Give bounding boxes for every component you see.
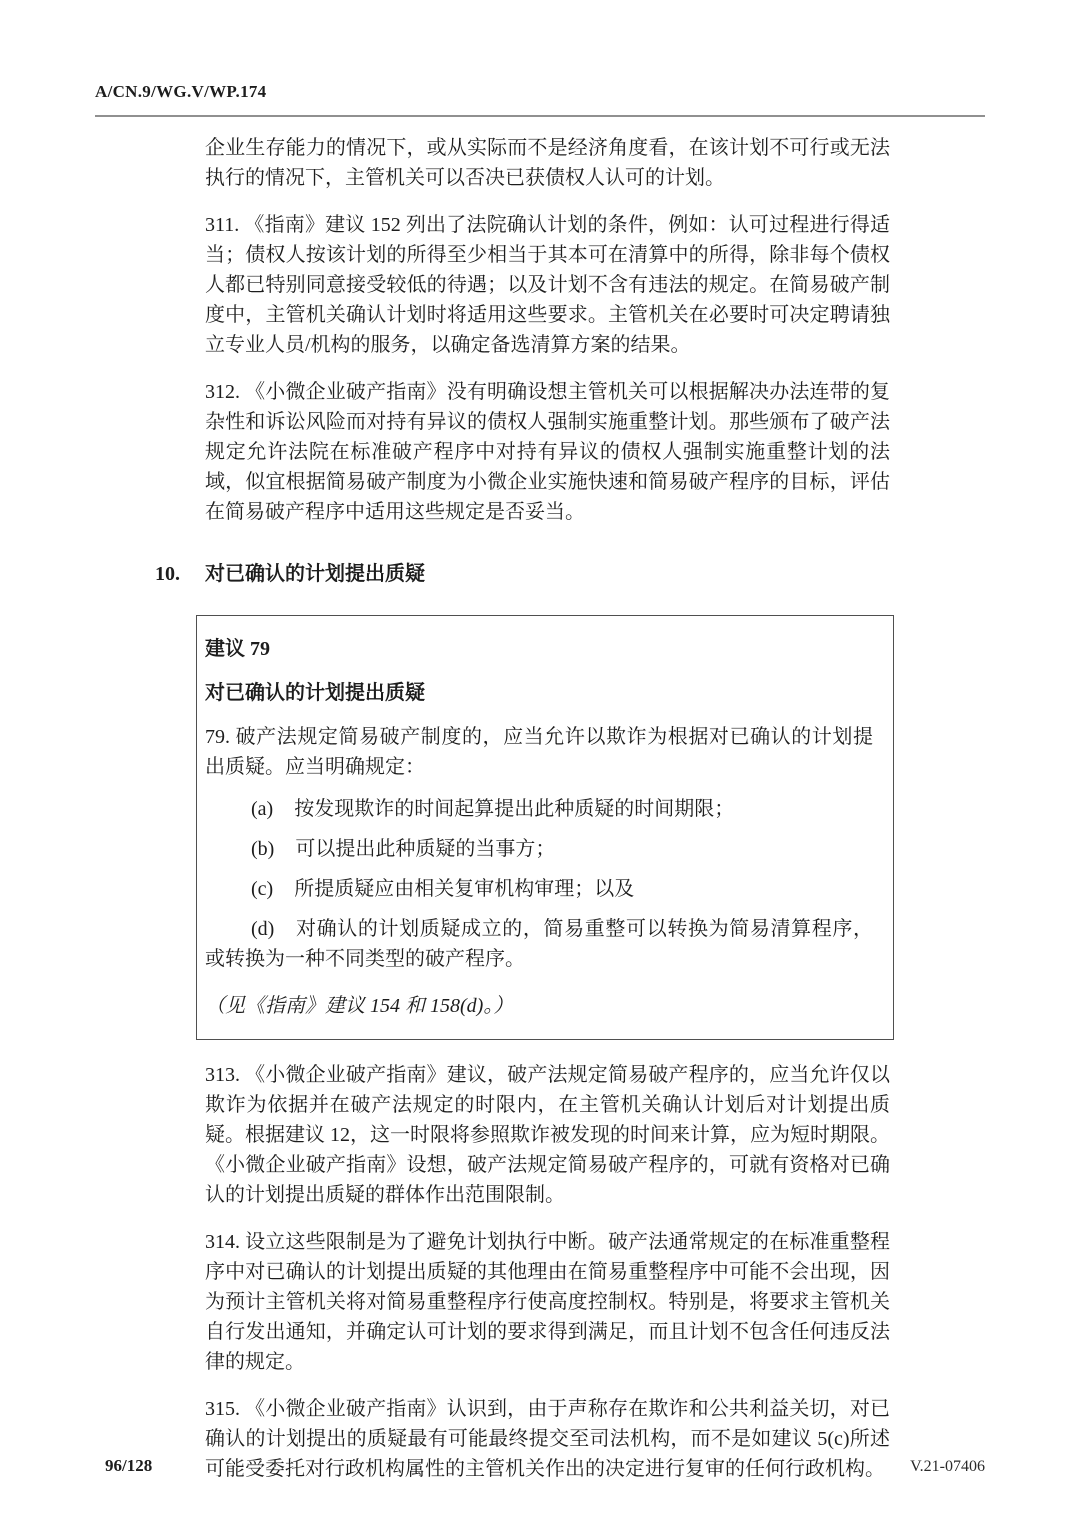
paragraph-continuation: 企业生存能力的情况下，或从实际而不是经济角度看，在该计划不可行或无法执行的情况下… bbox=[205, 133, 890, 193]
header-rule bbox=[95, 115, 985, 117]
paragraph-312: 312. 《小微企业破产指南》没有明确设想主管机关可以根据解决办法连带的复杂性和… bbox=[205, 377, 890, 527]
recommendation-item-b: (b)可以提出此种质疑的当事方； bbox=[205, 834, 873, 864]
page-footer: 96/128 V.21-07406 bbox=[105, 1456, 985, 1476]
paragraph-313: 313. 《小微企业破产指南》建议，破产法规定简易破产程序的，应当允许仅以欺诈为… bbox=[205, 1060, 890, 1210]
page-number: 96/128 bbox=[105, 1456, 152, 1476]
recommendation-item-d: (d)对确认的计划质疑成立的，简易重整可以转换为简易清算程序，或转换为一种不同类… bbox=[205, 914, 873, 974]
item-label-c: (c) bbox=[251, 878, 273, 900]
section-heading: 10.对已确认的计划提出质疑 bbox=[155, 559, 890, 589]
document-code: V.21-07406 bbox=[910, 1458, 985, 1476]
recommendation-paragraph-79: 79. 破产法规定简易破产制度的，应当允许以欺诈为根据对已确认的计划提出质疑。应… bbox=[205, 722, 873, 782]
item-text-c: 所提质疑应由相关复审机构审理；以及 bbox=[294, 878, 634, 900]
item-text-a: 按发现欺诈的时间起算提出此种质疑的时间期限； bbox=[294, 798, 734, 820]
recommendation-item-c: (c)所提质疑应由相关复审机构审理；以及 bbox=[205, 874, 873, 904]
item-label-a: (a) bbox=[251, 798, 273, 820]
recommendation-box-subtitle: 对已确认的计划提出质疑 bbox=[205, 678, 873, 708]
paragraph-311: 311. 《指南》建议 152 列出了法院确认计划的条件，例如：认可过程进行得适… bbox=[205, 210, 890, 360]
recommendation-item-a: (a)按发现欺诈的时间起算提出此种质疑的时间期限； bbox=[205, 794, 873, 824]
item-label-d: (d) bbox=[251, 918, 274, 940]
item-label-b: (b) bbox=[251, 838, 274, 860]
item-text-b: 可以提出此种质疑的当事方； bbox=[295, 838, 555, 860]
item-text-d: 对确认的计划质疑成立的，简易重整可以转换为简易清算程序，或转换为一种不同类型的破… bbox=[205, 918, 873, 970]
document-body: 企业生存能力的情况下，或从实际而不是经济角度看，在该计划不可行或无法执行的情况下… bbox=[205, 133, 890, 1484]
recommendation-see-also-note: （见《指南》建议 154 和 158(d)。） bbox=[205, 991, 873, 1021]
page-header: A/CN.9/WG.V/WP.174 bbox=[95, 0, 985, 117]
recommendation-box: 建议 79 对已确认的计划提出质疑 79. 破产法规定简易破产制度的，应当允许以… bbox=[196, 615, 894, 1040]
section-number: 10. bbox=[155, 559, 205, 589]
paragraph-314: 314. 设立这些限制是为了避免计划执行中断。破产法通常规定的在标准重整程序中对… bbox=[205, 1227, 890, 1377]
document-page: A/CN.9/WG.V/WP.174 企业生存能力的情况下，或从实际而不是经济角… bbox=[0, 0, 1080, 1526]
recommendation-box-title: 建议 79 bbox=[205, 634, 873, 664]
document-symbol: A/CN.9/WG.V/WP.174 bbox=[95, 82, 985, 102]
section-title: 对已确认的计划提出质疑 bbox=[205, 563, 425, 585]
